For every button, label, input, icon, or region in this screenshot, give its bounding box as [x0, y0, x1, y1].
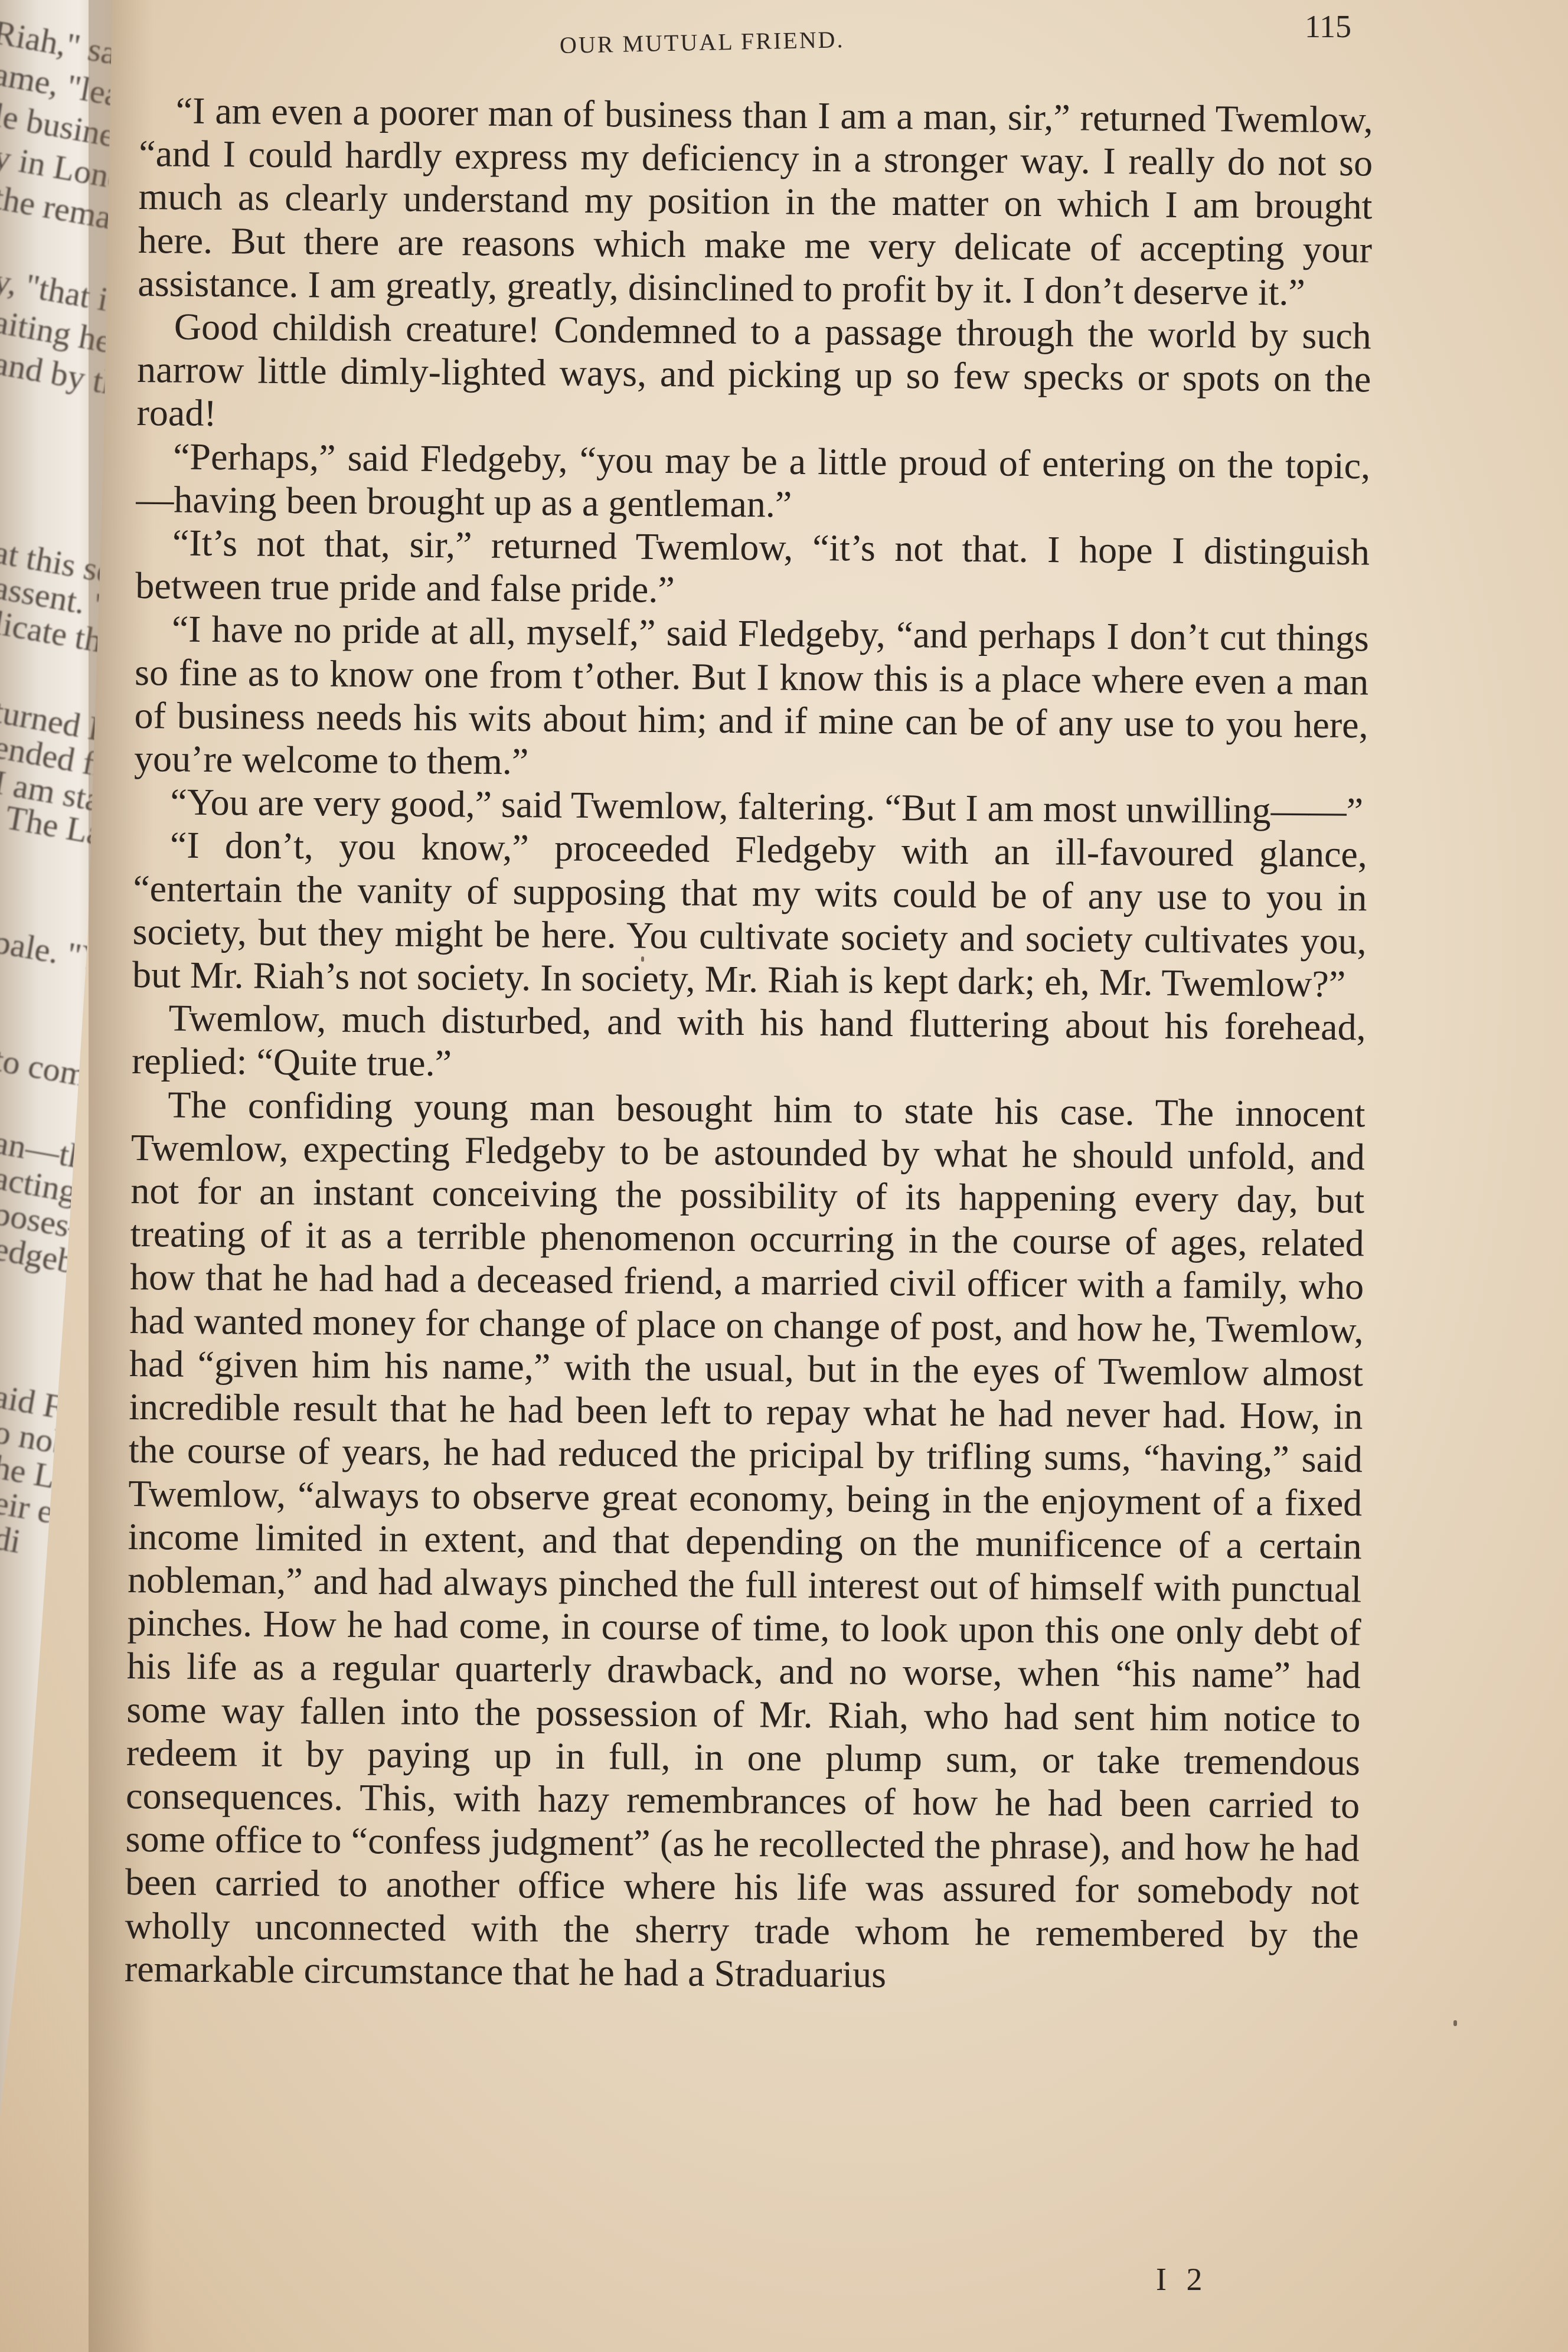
body-text: “I am even a poorer man of business than…: [125, 89, 1373, 2000]
paragraph: “I have no pride at all, myself,” said F…: [134, 607, 1369, 789]
paragraph: “Perhaps,” said Fledgeby, “you may be a …: [136, 435, 1370, 531]
facing-page-fragment: di: [0, 1518, 24, 1562]
facing-page-fragment: pale. "Yes,": [0, 922, 112, 988]
paragraph: “It’s not that, sir,” returned Twemlow, …: [135, 521, 1370, 617]
signature-mark: I 2: [1156, 2261, 1208, 2298]
facing-page-fragment: to come and: [0, 1040, 112, 1108]
running-header: OUR MUTUAL FRIEND.: [560, 25, 845, 59]
paragraph: “I am even a poorer man of business than…: [138, 89, 1373, 314]
book-page: Riah," said Fledgeby ame, "leads me to l…: [0, 0, 1568, 2352]
paragraph: Good childish creature! Condemned to a p…: [136, 305, 1371, 444]
paper-speck: [1453, 2020, 1457, 2026]
paragraph: The confiding young man besought him to …: [125, 1083, 1366, 2000]
paragraph: “I don’t, you know,” proceeded Fledgeby …: [132, 823, 1367, 1005]
facing-page-edge: Riah," said Fledgeby ame, "leads me to l…: [0, 0, 112, 2352]
paragraph: Twemlow, much disturbed, and with his ha…: [132, 996, 1366, 1092]
facing-page-fragment: The Lamb: [2, 798, 112, 861]
paper-speck: [641, 956, 644, 962]
page-number: 115: [1305, 8, 1351, 45]
